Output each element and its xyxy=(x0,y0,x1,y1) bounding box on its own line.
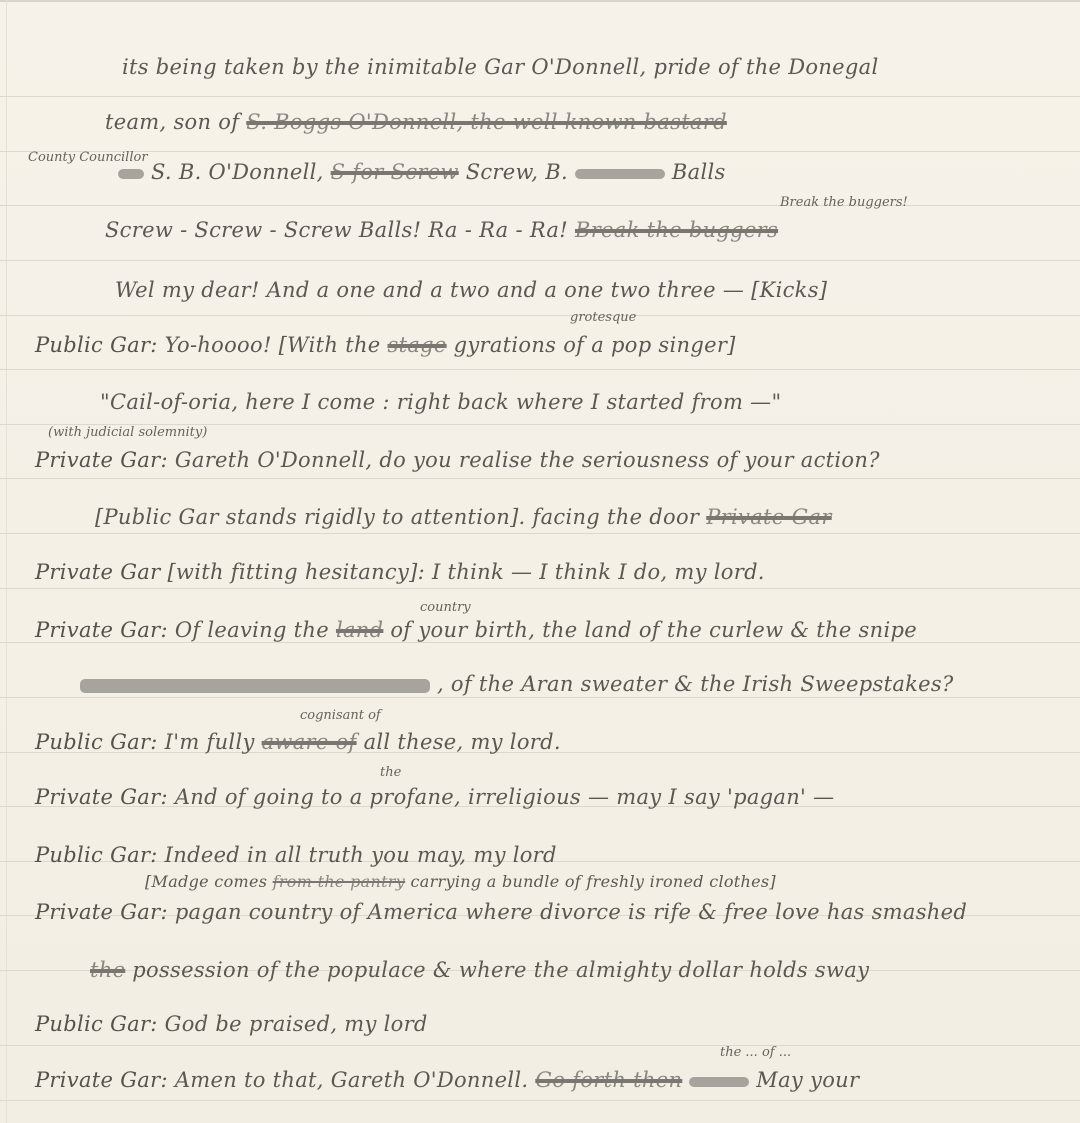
line-text: , of the Aran sweater & the Irish Sweeps… xyxy=(437,672,954,696)
line-text-after: gyrations of a pop singer] xyxy=(454,333,736,357)
manuscript-line-12: , of the Aran sweater & the Irish Sweeps… xyxy=(80,672,954,696)
speaker-name: Private Gar: xyxy=(35,618,168,642)
manuscript-line-14: Private Gar: And of going to a profane, … xyxy=(35,785,834,809)
manuscript-line-7: "Cail-of-oria, here I come : right back … xyxy=(100,390,781,414)
ruled-line xyxy=(0,151,1080,152)
scribble-deletion xyxy=(118,169,144,179)
ruled-line xyxy=(0,1045,1080,1046)
manuscript-line-1: its being taken by the inimitable Gar O'… xyxy=(122,55,878,79)
ruled-line xyxy=(0,1100,1080,1101)
manuscript-line-6: Public Gar: Yo-hoooo! [With the stage gy… xyxy=(35,333,736,357)
line-text: God be praised, my lord xyxy=(165,1012,428,1036)
ruled-line xyxy=(0,315,1080,316)
scribble-deletion xyxy=(689,1077,749,1087)
struck-text: aware of xyxy=(262,730,357,754)
line-text: [Public Gar stands rigidly to attention]… xyxy=(95,505,699,529)
manuscript-line-17: Private Gar: pagan country of America wh… xyxy=(35,900,967,924)
struck-text: Break the buggers xyxy=(575,218,778,242)
ruled-line xyxy=(0,478,1080,479)
ruled-line xyxy=(0,642,1080,643)
line-text: S. B. O'Donnell, xyxy=(151,160,324,184)
manuscript-line-18: the possession of the populace & where t… xyxy=(90,958,869,982)
line-text: team, son of xyxy=(105,110,239,134)
manuscript-line-11: Private Gar: Of leaving the land of your… xyxy=(35,618,917,642)
line-text: Screw - Screw - Screw Balls! Ra - Ra - R… xyxy=(105,218,568,242)
ruled-line xyxy=(0,533,1080,534)
line-text-end: Balls xyxy=(672,160,726,184)
line-text: Gareth O'Donnell, do you realise the ser… xyxy=(175,448,880,472)
speaker-name: Private Gar: xyxy=(35,1068,168,1092)
struck-text: Go forth then xyxy=(535,1068,682,1092)
insertion-above: Break the buggers! xyxy=(780,195,908,210)
speaker-name: Public Gar: xyxy=(35,1012,158,1036)
manuscript-line-5: Wel my dear! And a one and a two and a o… xyxy=(115,278,827,302)
speaker-name: Private Gar xyxy=(35,560,160,584)
manuscript-line-3: S. B. O'Donnell, S for Screw Screw, B. B… xyxy=(118,160,726,184)
speaker-name: Private Gar: xyxy=(35,448,168,472)
struck-text: stage xyxy=(388,333,447,357)
line-text: its being taken by the inimitable Gar O'… xyxy=(122,55,878,79)
line-text-after: a profane, irreligious — may I say 'paga… xyxy=(350,785,835,809)
line-text: [with fitting hesitancy]: I think — I th… xyxy=(167,560,764,584)
manuscript-line-16: [Madge comes from the pantry carrying a … xyxy=(145,872,776,891)
manuscript-line-9: [Public Gar stands rigidly to attention]… xyxy=(95,505,832,529)
struck-text: S. Boggs O'Donnell, the well known basta… xyxy=(246,110,727,134)
line-text: Amen to that, Gareth O'Donnell. xyxy=(175,1068,529,1092)
insertion-above: the xyxy=(380,765,401,780)
scribble-deletion xyxy=(575,169,665,179)
ruled-line xyxy=(0,205,1080,206)
manuscript-line-19: Public Gar: God be praised, my lord xyxy=(35,1012,428,1036)
page-top-edge xyxy=(0,0,1080,2)
line-text: Of leaving the xyxy=(175,618,329,642)
line-text: Yo-hoooo! [With the xyxy=(165,333,381,357)
line-text-after: May your xyxy=(756,1068,859,1092)
page-margin-line xyxy=(6,0,7,1123)
manuscript-line-13: Public Gar: I'm fully aware of all these… xyxy=(35,730,561,754)
speaker-name: Public Gar: xyxy=(35,730,158,754)
ruled-line xyxy=(0,588,1080,589)
line-text-after: Screw, B. xyxy=(466,160,568,184)
struck-text: land xyxy=(336,618,383,642)
ruled-line xyxy=(0,697,1080,698)
manuscript-line-8: Private Gar: Gareth O'Donnell, do you re… xyxy=(35,448,880,472)
line-text: Indeed in all truth you may, my lord xyxy=(165,843,557,867)
line-text: "Cail-of-oria, here I come : right back … xyxy=(100,390,781,414)
manuscript-page: its being taken by the inimitable Gar O'… xyxy=(0,0,1080,1123)
struck-text: Private Gar xyxy=(706,505,831,529)
line-text: Wel my dear! And a one and a two and a o… xyxy=(115,278,827,302)
line-text: And of going to xyxy=(175,785,343,809)
manuscript-line-20: Private Gar: Amen to that, Gareth O'Donn… xyxy=(35,1068,859,1092)
line-text: possession of the populace & where the a… xyxy=(132,958,869,982)
struck-text: the xyxy=(90,958,125,982)
scribble-deletion xyxy=(80,679,430,693)
insertion-above: country xyxy=(420,600,471,615)
insertion-above: cognisant of xyxy=(300,708,381,723)
manuscript-line-2: team, son of S. Boggs O'Donnell, the wel… xyxy=(105,110,727,134)
line-text-after: carrying a bundle of freshly ironed clot… xyxy=(410,872,775,891)
ruled-line xyxy=(0,260,1080,261)
speaker-name: Private Gar: xyxy=(35,785,168,809)
manuscript-line-15: Public Gar: Indeed in all truth you may,… xyxy=(35,843,557,867)
ruled-line xyxy=(0,96,1080,97)
speaker-name: Public Gar: xyxy=(35,843,158,867)
insertion-above: grotesque xyxy=(570,310,636,325)
insertion-above: the ... of ... xyxy=(720,1045,791,1060)
struck-text: from the pantry xyxy=(273,872,405,891)
speaker-name: Private Gar: xyxy=(35,900,168,924)
struck-text: S for Screw xyxy=(331,160,459,184)
line-text: [Madge comes xyxy=(145,872,267,891)
manuscript-line-10: Private Gar [with fitting hesitancy]: I … xyxy=(35,560,765,584)
line-text: I'm fully xyxy=(165,730,255,754)
line-text: pagan country of America where divorce i… xyxy=(175,900,967,924)
insertion-above: (with judicial solemnity) xyxy=(48,425,207,440)
line-text-after: all these, my lord. xyxy=(364,730,561,754)
manuscript-line-4: Screw - Screw - Screw Balls! Ra - Ra - R… xyxy=(105,218,778,242)
ruled-line xyxy=(0,369,1080,370)
speaker-name: Public Gar: xyxy=(35,333,158,357)
line-text-after: of your birth, the land of the curlew & … xyxy=(390,618,917,642)
